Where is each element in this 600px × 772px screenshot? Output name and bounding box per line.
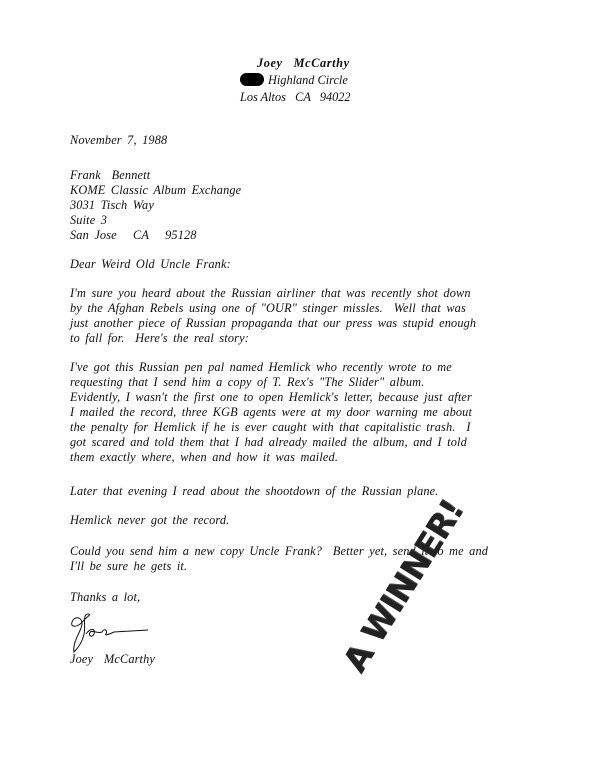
recipient-line: KOME Classic Album Exchange xyxy=(70,183,241,198)
recipient-line: San Jose CA 95128 xyxy=(70,228,197,243)
body-line: the penalty for Hemlick if he is ever ca… xyxy=(70,420,471,435)
closing: Thanks a lot, xyxy=(70,590,140,605)
recipient-line: Frank Bennett xyxy=(70,168,150,183)
body-line: I've got this Russian pen pal named Heml… xyxy=(70,360,452,375)
recipient-line: 3031 Tisch Way xyxy=(70,198,154,213)
body-line: I'm sure you heard about the Russian air… xyxy=(70,286,471,301)
body-line: I'll be sure he gets it. xyxy=(70,559,187,574)
sender-name: Joey McCarthy xyxy=(257,56,350,71)
body-line: Evidently, I wasn't the first one to ope… xyxy=(70,390,472,405)
salutation: Dear Weird Old Uncle Frank: xyxy=(70,257,231,272)
body-line: by the Afghan Rebels using one of "OUR" … xyxy=(70,301,466,316)
sender-street: Highland Circle xyxy=(240,73,348,88)
body-line: Later that evening I read about the shoo… xyxy=(70,484,439,499)
sender-city: Los Altos CA 94022 xyxy=(240,90,351,105)
redaction-mark xyxy=(240,73,264,86)
sender-address: Joey McCarthy Highland Circle Los Altos … xyxy=(0,56,600,116)
body-line: got scared and told them that I had alre… xyxy=(70,435,467,450)
letter-date: November 7, 1988 xyxy=(70,133,167,148)
signature-icon xyxy=(70,612,160,656)
body-line: Hemlick never got the record. xyxy=(70,513,229,528)
winner-stamp: A WINNER! xyxy=(335,493,471,679)
body-line: just another piece of Russian propaganda… xyxy=(70,316,476,331)
body-line: I mailed the record, three KGB agents we… xyxy=(70,405,472,420)
body-line: them exactly where, when and how it was … xyxy=(70,450,338,465)
recipient-line: Suite 3 xyxy=(70,213,107,228)
signature-name: Joey McCarthy xyxy=(70,652,155,667)
sender-street-text: Highland Circle xyxy=(268,73,348,87)
body-line: requesting that I send him a copy of T. … xyxy=(70,375,424,390)
body-line: to fall for. Here's the real story: xyxy=(70,331,249,346)
